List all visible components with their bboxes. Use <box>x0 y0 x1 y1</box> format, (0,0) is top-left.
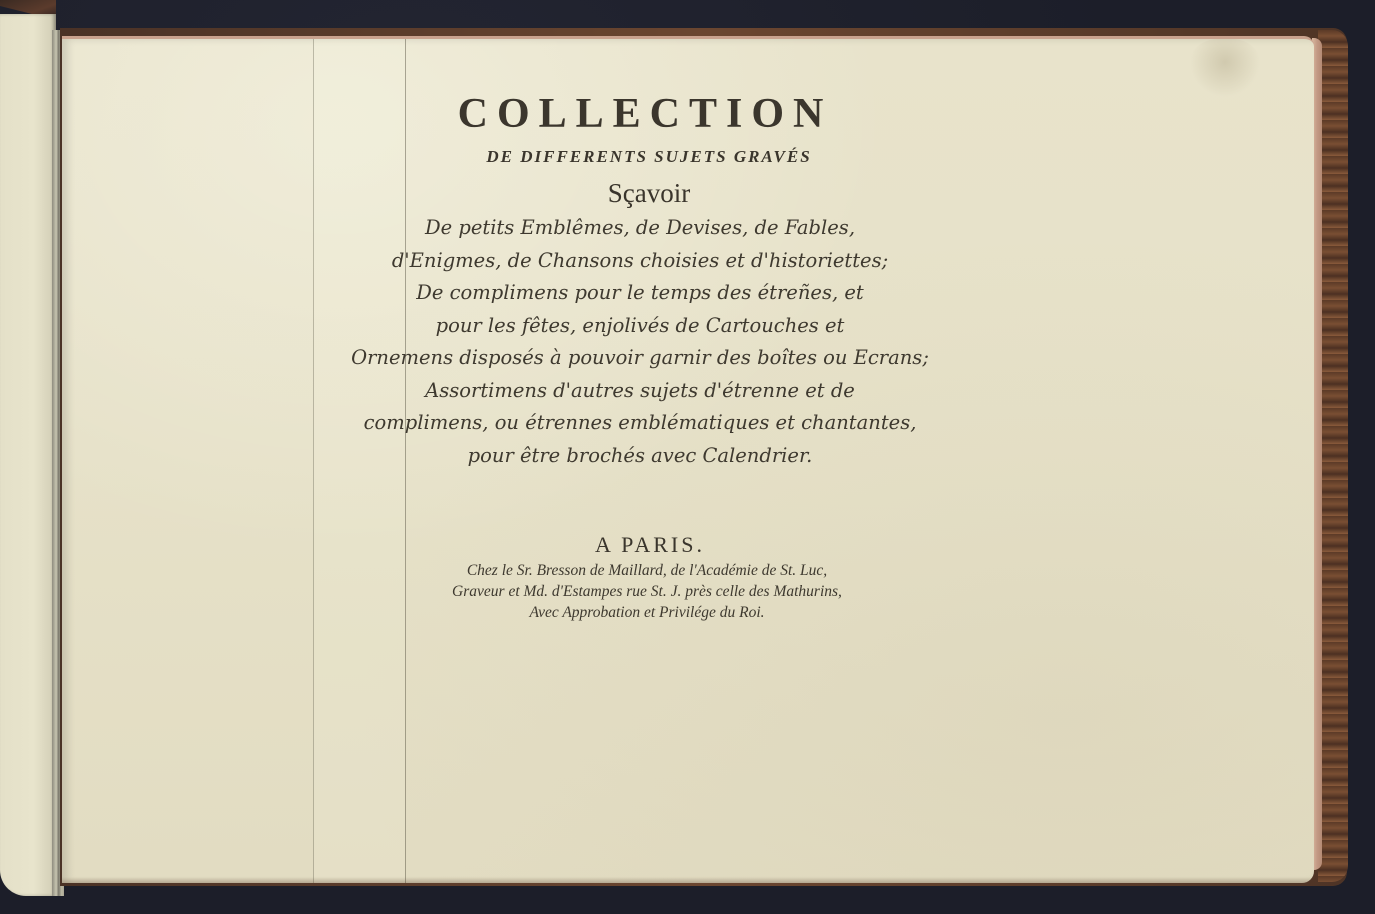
description-line: Ornemens disposés à pouvoir garnir des b… <box>340 342 940 375</box>
scavoir-heading: Sçavoir <box>340 174 940 212</box>
description-line: pour être brochés avec Calendrier. <box>340 440 940 473</box>
description: De petits Emblêmes, de Devises, de Fable… <box>340 212 940 472</box>
subtitle: DE DIFFERENTS SUJETS GRAVÉS <box>340 144 940 170</box>
page-bottom-shadow <box>62 877 1314 883</box>
imprint-place: A PARIS. <box>340 530 940 560</box>
description-line: complimens, ou étrennes emblématiques et… <box>340 407 940 440</box>
left-page-edge <box>0 14 56 896</box>
description-line: d'Enigmes, de Chansons choisies et d'his… <box>340 245 940 278</box>
page-title: COLLECTION <box>340 86 940 142</box>
leather-board-right-edge <box>1318 30 1348 882</box>
imprint: A PARIS. Chez le Sr. Bresson de Maillard… <box>340 530 940 623</box>
imprint-line: Graveur et Md. d'Estampes rue St. J. prè… <box>340 581 940 602</box>
description-line: De complimens pour le temps des étreñes,… <box>340 277 940 310</box>
description-line: Assortimens d'autres sujets d'étrenne et… <box>340 375 940 408</box>
foxing-stain <box>1190 39 1260 97</box>
title-text-block: COLLECTION DE DIFFERENTS SUJETS GRAVÉS S… <box>340 86 940 623</box>
imprint-line: Chez le Sr. Bresson de Maillard, de l'Ac… <box>340 560 940 581</box>
imprint-line: Avec Approbation et Privilége du Roi. <box>340 602 940 623</box>
plate-mark-left <box>313 39 314 883</box>
description-line: De petits Emblêmes, de Devises, de Fable… <box>340 212 940 245</box>
description-line: pour les fêtes, enjolivés de Cartouches … <box>340 310 940 343</box>
book-photograph: COLLECTION DE DIFFERENTS SUJETS GRAVÉS S… <box>0 0 1375 914</box>
